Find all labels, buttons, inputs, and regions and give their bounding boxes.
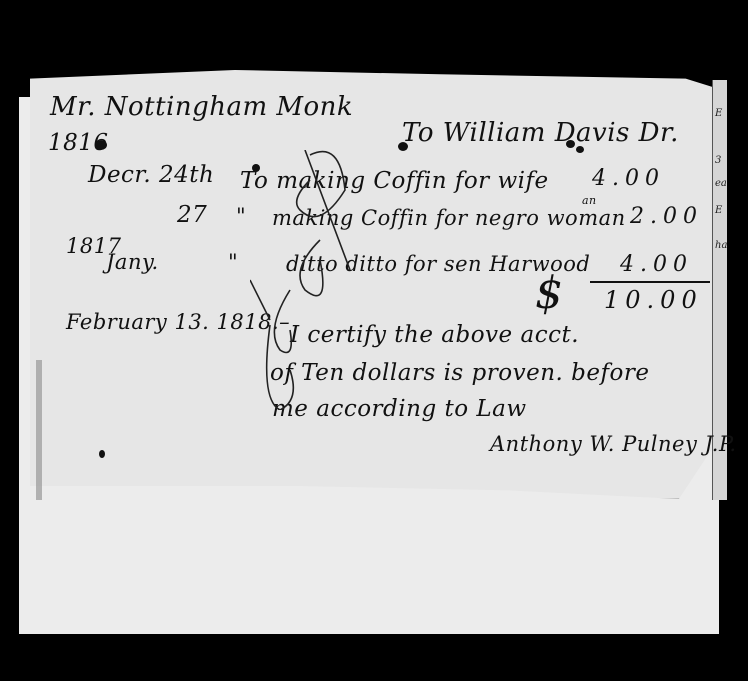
paper-fold-shadow [36, 360, 42, 500]
dollar-sign: $ [535, 268, 563, 319]
edge-mark: E [715, 108, 722, 119]
superscript-insert: an [582, 194, 597, 207]
ditto-mark: " [228, 250, 238, 274]
edge-mark: ea [715, 178, 727, 189]
edge-mark: 3 [715, 155, 721, 166]
entry-amount: 4.00 [620, 252, 693, 277]
total-amount: 10.00 [604, 286, 703, 314]
debtor-name: Mr. Nottingham Monk [50, 92, 353, 122]
entry-amount: 4.00 [592, 166, 665, 191]
entry-date: 27 [177, 202, 207, 228]
cross-signature [250, 150, 370, 410]
entry-amount: 2.00 [630, 204, 703, 229]
entry-date: Jany. [106, 250, 159, 274]
ink-blot [566, 140, 575, 148]
ink-blot [576, 146, 584, 153]
entry-date: Decr. 24th [88, 162, 214, 188]
edge-mark: ha [715, 240, 727, 251]
cross-signature-strokes [250, 150, 370, 410]
ink-blot [252, 164, 260, 172]
edge-mark: E [715, 205, 722, 216]
ditto-mark: " [236, 204, 246, 228]
total-underline [590, 281, 710, 283]
justice-signature: Anthony W. Pulney J.P. [490, 432, 737, 456]
ink-blot [398, 142, 408, 151]
ink-blot [95, 140, 107, 150]
ink-blot [99, 450, 105, 458]
creditor-line: To William Davis Dr. [402, 118, 679, 148]
